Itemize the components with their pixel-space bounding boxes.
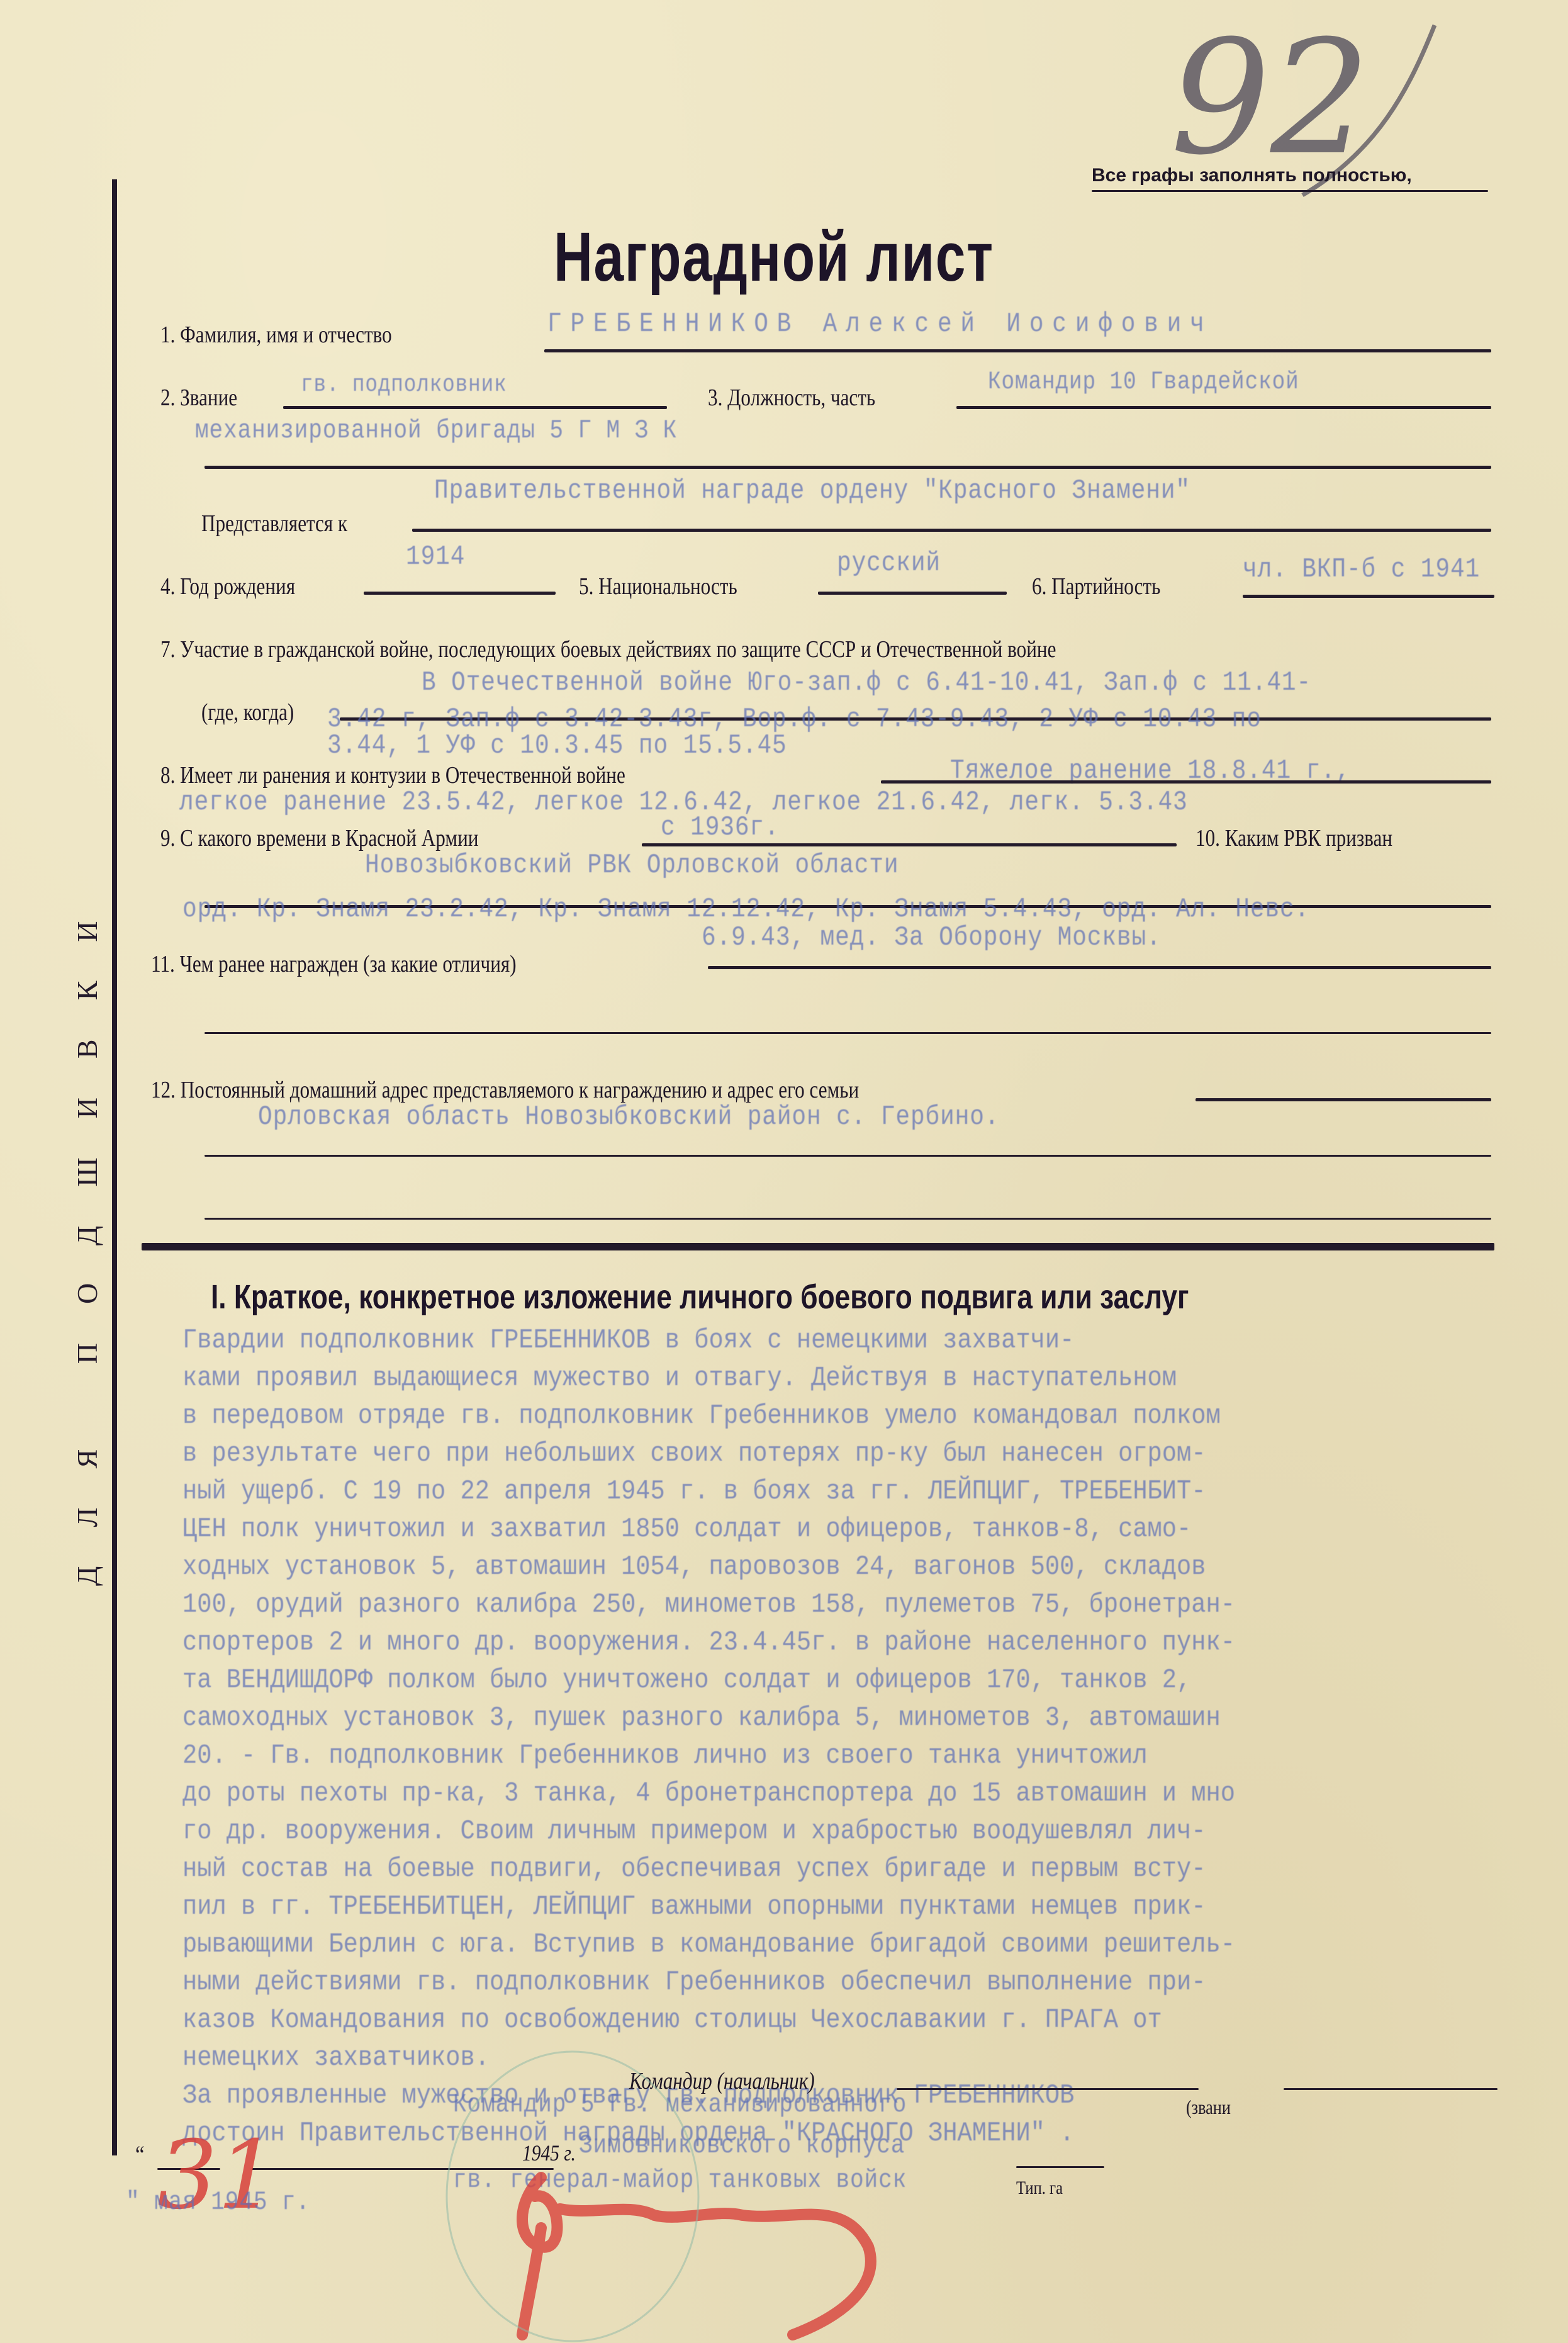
field-7-value-line1: В Отечественной войне Юго-зап.ф с 6.41-1… <box>422 667 1311 699</box>
field-5-line <box>818 592 1007 595</box>
field-4-label: 4. Год рождения <box>160 573 295 600</box>
section-1-line: спортеров 2 и много др. вооружения. 23.4… <box>182 1624 1401 1661</box>
section-1-line: ный состав на боевые подвиги, обеспечива… <box>182 1850 1401 1888</box>
field-9-label: 9. С какого времени в Красной Армии <box>160 824 478 852</box>
field-4-value: 1914 <box>406 541 465 573</box>
print-mark: Тип. га <box>1016 2177 1063 2199</box>
field-3-value-line2: механизированной бригады 5 Г М З К <box>195 415 677 446</box>
field-11-value-line1: орд. Кр. Знамя 23.2.42, Кр. Знамя 12.12.… <box>182 894 1309 925</box>
field-6-line <box>1243 595 1494 598</box>
field-1-line <box>544 349 1491 352</box>
field-3-value-line1: Командир 10 Гвардейской <box>988 368 1299 396</box>
field-12-label: 12. Постоянный домашний адрес представля… <box>151 1076 859 1104</box>
section-1-line: в передовом отряде гв. подполковник Греб… <box>182 1397 1401 1435</box>
page-title: Наградной лист <box>554 217 994 297</box>
field-2-line <box>283 406 667 409</box>
section-1-line: пил в гг. ТРЕБЕНБИТЦЕН, ЛЕЙПЦИГ важными … <box>182 1888 1401 1926</box>
field-3-label: 3. Должность, часть <box>708 384 875 412</box>
field-11-label: 11. Чем ранее награжден (за какие отличи… <box>151 950 517 978</box>
field-11-value-line2: 6.9.43, мед. За Оборону Москвы. <box>702 922 1162 953</box>
field-12-line2 <box>204 1155 1491 1157</box>
field-8-line <box>881 780 1491 784</box>
date-quote: “ <box>135 2140 145 2169</box>
field-4-line <box>364 592 556 595</box>
field-8-label: 8. Имеет ли ранения и контузии в Отечест… <box>160 761 625 789</box>
margin-border <box>112 179 117 2155</box>
presented-value: Правительственной награде ордену "Красно… <box>434 475 1190 507</box>
field-11-line <box>708 966 1491 969</box>
field-1-label: 1. Фамилия, имя и отчество <box>160 321 392 349</box>
field-9-line <box>642 843 1177 846</box>
signature-line <box>897 2088 1199 2090</box>
section-1-line: 20. - Гв. подполковник Гребенников лично… <box>182 1737 1401 1775</box>
field-5-value: русский <box>837 548 941 579</box>
faded-round-stamp <box>440 2045 705 2343</box>
margin-vertical-text: ДЛЯ ПОДШИВКИ <box>70 642 104 1586</box>
section-divider <box>142 1243 1494 1250</box>
field-5-label: 5. Национальность <box>579 573 737 600</box>
field-6-label: 6. Партийность <box>1032 573 1160 600</box>
field-12-line <box>1196 1098 1491 1101</box>
field-12-line3 <box>204 1218 1491 1220</box>
section-1-line: Гвардии подполковник ГРЕБЕННИКОВ в боях … <box>182 1322 1401 1359</box>
field-7-label: 7. Участие в гражданской войне, последую… <box>160 636 1056 663</box>
section-1-line: ными действиями гв. подполковник Гребенн… <box>182 1964 1401 2001</box>
field-7-value-line3: 3.44, 1 УФ с 10.3.45 по 15.5.45 <box>327 730 787 761</box>
section-1-line: го др. вооружения. Своим личным примером… <box>182 1812 1401 1850</box>
field-1-value: ГРЕБЕННИКОВ Алексей Иосифович <box>547 308 1213 340</box>
section-1-line: рывающими Берлин с юга. Вступив в команд… <box>182 1926 1401 1964</box>
field-9-value: с 1936г. <box>661 812 780 843</box>
field-2-value: гв. подполковник <box>301 371 507 398</box>
field-6-value: чл. ВКП-б с 1941 <box>1243 554 1480 585</box>
section-1-line: ный ущерб. С 19 по 22 апреля 1945 г. в б… <box>182 1473 1401 1510</box>
section-1-line: та ВЕНДИШДОРФ полком было уничтожено сол… <box>182 1661 1401 1699</box>
section-1-line: казов Командования по освобождению столи… <box>182 2001 1401 2039</box>
section-1-text: Гвардии подполковник ГРЕБЕННИКОВ в боях … <box>182 1322 1567 2152</box>
presented-label: Представляется к <box>201 510 347 537</box>
field-10-value: Новозыбковский РВК Орловской области <box>365 850 899 881</box>
section-1-line: самоходных установок 3, пушек разного ка… <box>182 1699 1401 1737</box>
field-10-label: 10. Каким РВК призван <box>1196 824 1392 852</box>
rank-label: (звани <box>1186 2096 1231 2119</box>
date-typed: " мая 1945 г. <box>126 2187 310 2217</box>
section-1-heading: I. Краткое, конкретное изложение личного… <box>211 1278 1189 1317</box>
field-3-line <box>956 406 1491 409</box>
divider <box>1092 190 1488 192</box>
section-1-line: ходных установок 5, автомашин 1054, паро… <box>182 1548 1401 1586</box>
section-1-line: 100, орудий разного калибра 250, миномет… <box>182 1586 1401 1624</box>
field-7-label2: (где, когда) <box>201 699 294 726</box>
section-1-line: ками проявил выдающиеся мужество и отваг… <box>182 1359 1401 1397</box>
field-11-line2 <box>204 1032 1491 1034</box>
field-2-label: 2. Звание <box>160 384 237 412</box>
section-1-line: в результате чего при небольших своих по… <box>182 1435 1401 1473</box>
section-1-line: до роты пехоты пр-ка, 3 танка, 4 бронетр… <box>182 1775 1401 1812</box>
header-hint: Все графы заполнять полностью, <box>1092 165 1412 186</box>
section-1-line: ЦЕН полк уничтожил и захватил 1850 солда… <box>182 1510 1401 1548</box>
presented-line <box>412 529 1491 532</box>
field-12-value: Орловская область Новозыбковский район с… <box>258 1101 999 1133</box>
print-mark-line <box>1016 2166 1104 2168</box>
field-3-line2 <box>204 466 1491 469</box>
signature-line2 <box>1284 2088 1498 2090</box>
